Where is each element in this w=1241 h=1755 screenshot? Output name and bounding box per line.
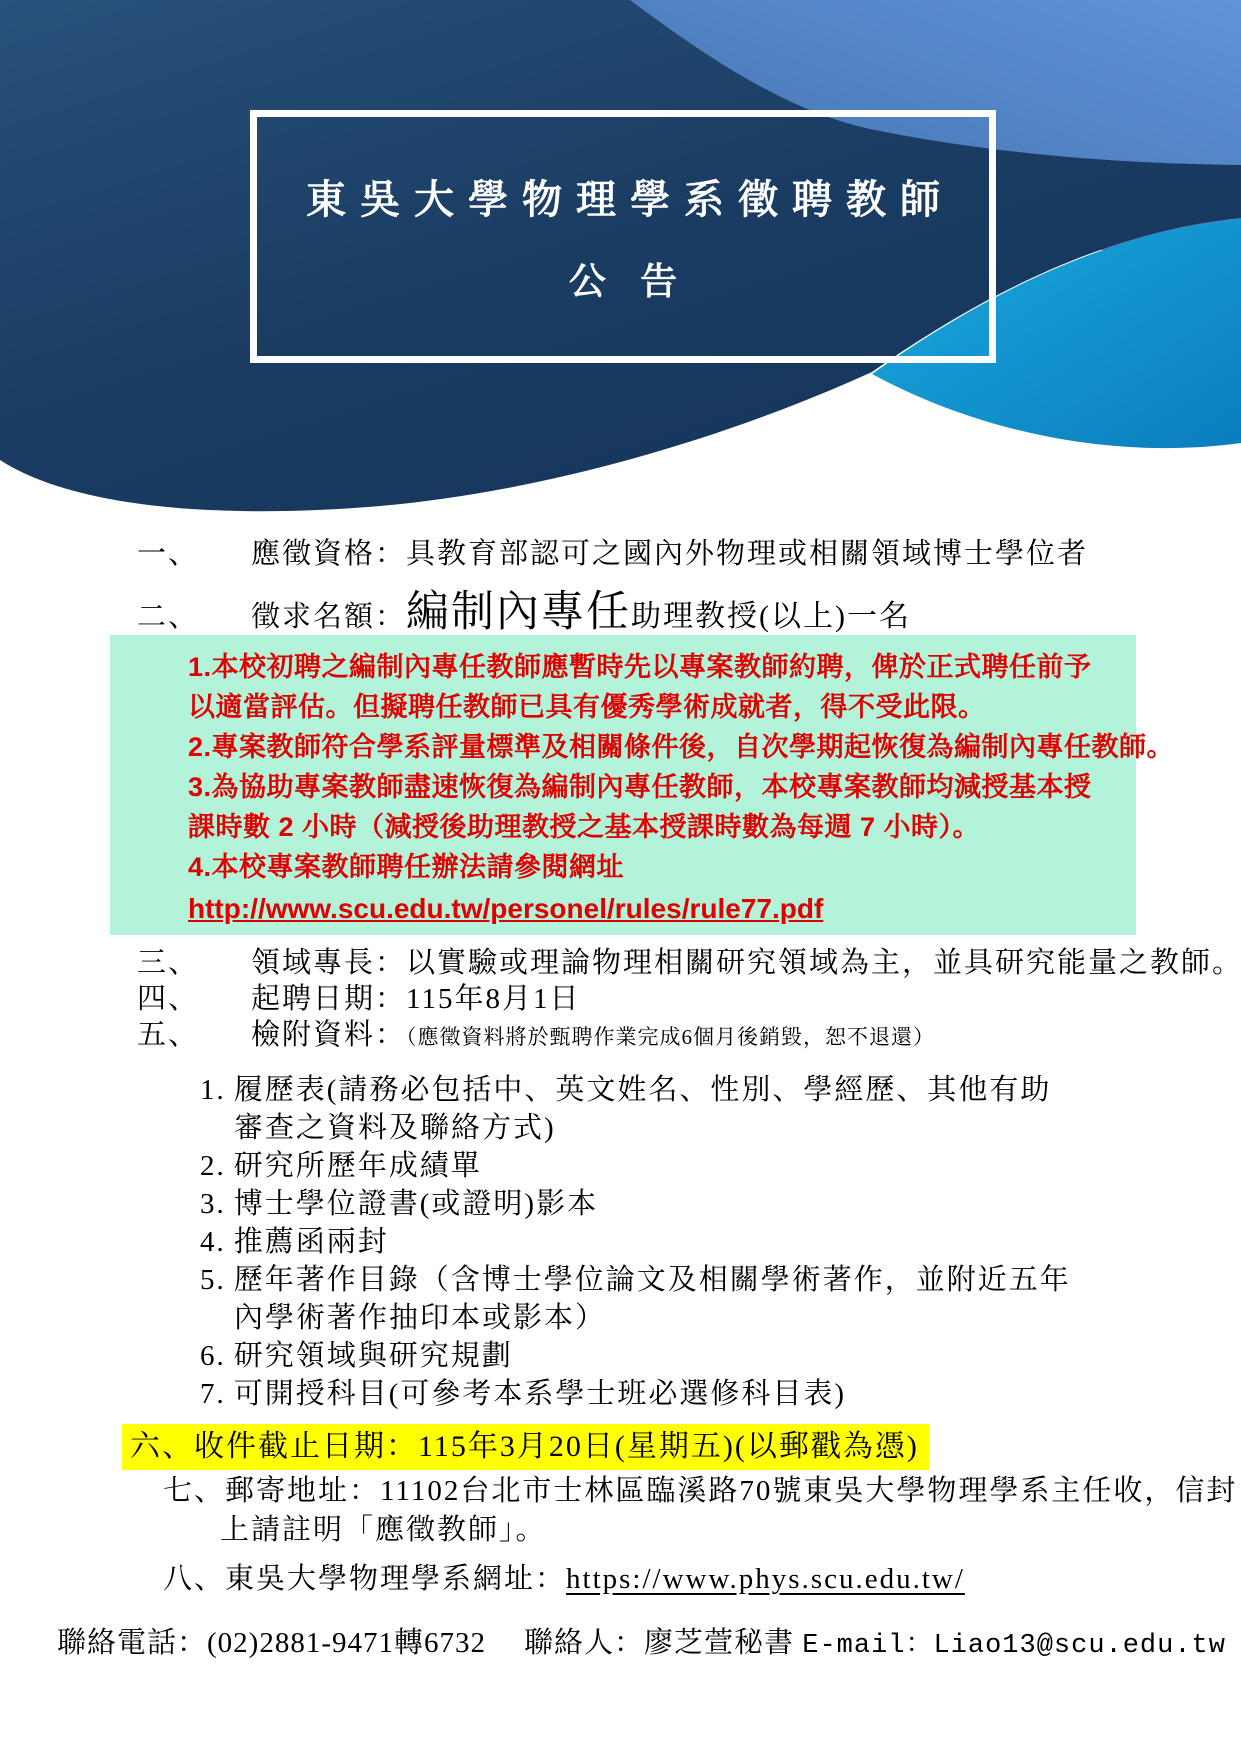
doc-item-4: 4.推薦函兩封: [200, 1223, 1080, 1261]
department-website-link[interactable]: https://www.phys.scu.edu.tw/: [566, 1563, 965, 1595]
item-4-text: 起聘日期：115年8月1日: [251, 983, 580, 1015]
contact-label: 聯絡人：: [524, 1627, 644, 1659]
doc-item-7-text: 可開授科目(可參考本系學士班必選修科目表): [234, 1378, 846, 1410]
item-5-documents: 五、檢附資料：（應徵資料將於甄聘作業完成6個月後銷毀，恕不退還）: [137, 1012, 935, 1053]
contact-footer: 聯絡電話：(02)2881-9471轉6732聯絡人：廖芝萱秘書 E-mail：…: [57, 1620, 1226, 1661]
item-5-note: （應徵資料將於甄聘作業完成6個月後銷毀，恕不退還）: [406, 1025, 935, 1049]
doc-item-3-text: 博士學位證書(或證明)影本: [234, 1188, 598, 1220]
rules-pdf-link[interactable]: http://www.scu.edu.tw/personel/rules/rul…: [188, 889, 823, 929]
doc-item-1-number: 1.: [200, 1074, 226, 1106]
doc-item-7-number: 7.: [200, 1378, 226, 1410]
item-3-field: 三、領域專長：以實驗或理論物理相關研究領域為主，並具研究能量之教師。: [137, 940, 1241, 981]
item-2-label: 徵求名額：: [251, 601, 406, 633]
announcement-page: { "title": { "line1": "東吳大學物理學系徵聘教師", "l…: [0, 0, 1241, 1755]
item-3-text: 領域專長：以實驗或理論物理相關研究領域為主，並具研究能量之教師。: [251, 947, 1241, 979]
item-2-rest: 助理教授(以上)一名: [631, 600, 911, 633]
item-2-number: 二、: [137, 594, 199, 635]
doc-item-4-number: 4.: [200, 1226, 226, 1258]
item-5-number: 五、: [137, 1012, 199, 1053]
doc-item-5-number: 5.: [200, 1264, 226, 1296]
item-3-number: 三、: [137, 940, 199, 981]
notice-line-4: 3.為協助專案教師盡速恢復為編制內專任教師，本校專案教師均減授基本授: [188, 767, 1126, 807]
item-5-label: 檢附資料：: [251, 1019, 406, 1051]
notice-line-1: 1.本校初聘之編制內專任教師應暫時先以專案教師約聘，俾於正式聘任前予: [188, 647, 1126, 687]
contact-name: 廖芝萱秘書: [644, 1627, 794, 1659]
department-website: 八、東吳大學物理學系網址：https://www.phys.scu.edu.tw…: [163, 1556, 965, 1597]
page-subtitle: 公 告: [557, 251, 689, 305]
phone-label: 聯絡電話：: [57, 1627, 207, 1659]
email-address: Liao13@scu.edu.tw: [934, 1631, 1226, 1661]
doc-item-1: 1.履歷表(請務必包括中、英文姓名、性別、學經歷、其他有助審查之資料及聯絡方式): [200, 1071, 1080, 1147]
doc-item-5: 5.歷年著作目錄（含博士學位論文及相關學術著作，並附近五年內學術著作抽印本或影本…: [200, 1261, 1080, 1337]
doc-item-2: 2.研究所歷年成績單: [200, 1147, 1080, 1185]
doc-item-5-text: 歷年著作目錄（含博士學位論文及相關學術著作，並附近五年內學術著作抽印本或影本）: [234, 1264, 1071, 1334]
website-label: 八、東吳大學物理學系網址：: [163, 1563, 566, 1595]
phone-number: (02)2881-9471轉6732: [207, 1627, 486, 1659]
deadline-highlight: 六、收件截止日期：115年3月20日(星期五)(以郵戳為憑): [122, 1424, 929, 1470]
notice-line-5: 課時數 2 小時（減授後助理教授之基本授課時數為每週 7 小時）。: [188, 807, 1126, 847]
documents-list: 1.履歷表(請務必包括中、英文姓名、性別、學經歷、其他有助審查之資料及聯絡方式)…: [200, 1071, 1080, 1413]
item-2-highlight-term: 編制內專任: [406, 588, 631, 636]
title-box: 東吳大學物理學系徵聘教師 公 告: [250, 110, 996, 363]
item-1-qualifications: 一、應徵資格：具教育部認可之國內外物理或相關領域博士學位者: [137, 531, 1088, 572]
item-4-start-date: 四、起聘日期：115年8月1日: [137, 976, 580, 1017]
doc-item-2-text: 研究所歷年成績單: [234, 1150, 482, 1182]
doc-item-7: 7.可開授科目(可參考本系學士班必選修科目表): [200, 1375, 1080, 1413]
notice-line-3: 2.專案教師符合學系評量標準及相關條件後，自次學期起恢復為編制內專任教師。: [188, 727, 1126, 767]
mailing-line-1: 七、郵寄地址：11102台北市士林區臨溪路70號東吳大學物理學系主任收，信封: [163, 1472, 1237, 1511]
page-title: 東吳大學物理學系徵聘教師: [292, 168, 954, 225]
notice-line-2: 以適當評估。但擬聘任教師已具有優秀學術成就者，得不受此限。: [188, 687, 1126, 727]
item-4-number: 四、: [137, 976, 199, 1017]
item-1-number: 一、: [137, 531, 199, 572]
doc-item-1-text: 履歷表(請務必包括中、英文姓名、性別、學經歷、其他有助審查之資料及聯絡方式): [234, 1074, 1052, 1144]
doc-item-2-number: 2.: [200, 1150, 226, 1182]
mailing-address: 七、郵寄地址：11102台北市士林區臨溪路70號東吳大學物理學系主任收，信封 上…: [163, 1472, 1237, 1550]
doc-item-3: 3.博士學位證書(或證明)影本: [200, 1185, 1080, 1223]
doc-item-3-number: 3.: [200, 1188, 226, 1220]
special-notice-box: 1.本校初聘之編制內專任教師應暫時先以專案教師約聘，俾於正式聘任前予 以適當評估…: [110, 635, 1136, 935]
item-2-position: 二、徵求名額：編制內專任助理教授(以上)一名: [137, 578, 911, 639]
doc-item-6-number: 6.: [200, 1340, 226, 1372]
email-label: E-mail：: [802, 1631, 933, 1661]
mailing-line-2: 上請註明「應徵教師」。: [163, 1511, 1237, 1550]
notice-line-6: 4.本校專案教師聘任辦法請參閱網址: [188, 847, 1126, 887]
item-1-text: 應徵資格：具教育部認可之國內外物理或相關領域博士學位者: [251, 538, 1088, 570]
doc-item-6: 6.研究領域與研究規劃: [200, 1337, 1080, 1375]
doc-item-4-text: 推薦函兩封: [234, 1226, 389, 1258]
doc-item-6-text: 研究領域與研究規劃: [234, 1340, 513, 1372]
